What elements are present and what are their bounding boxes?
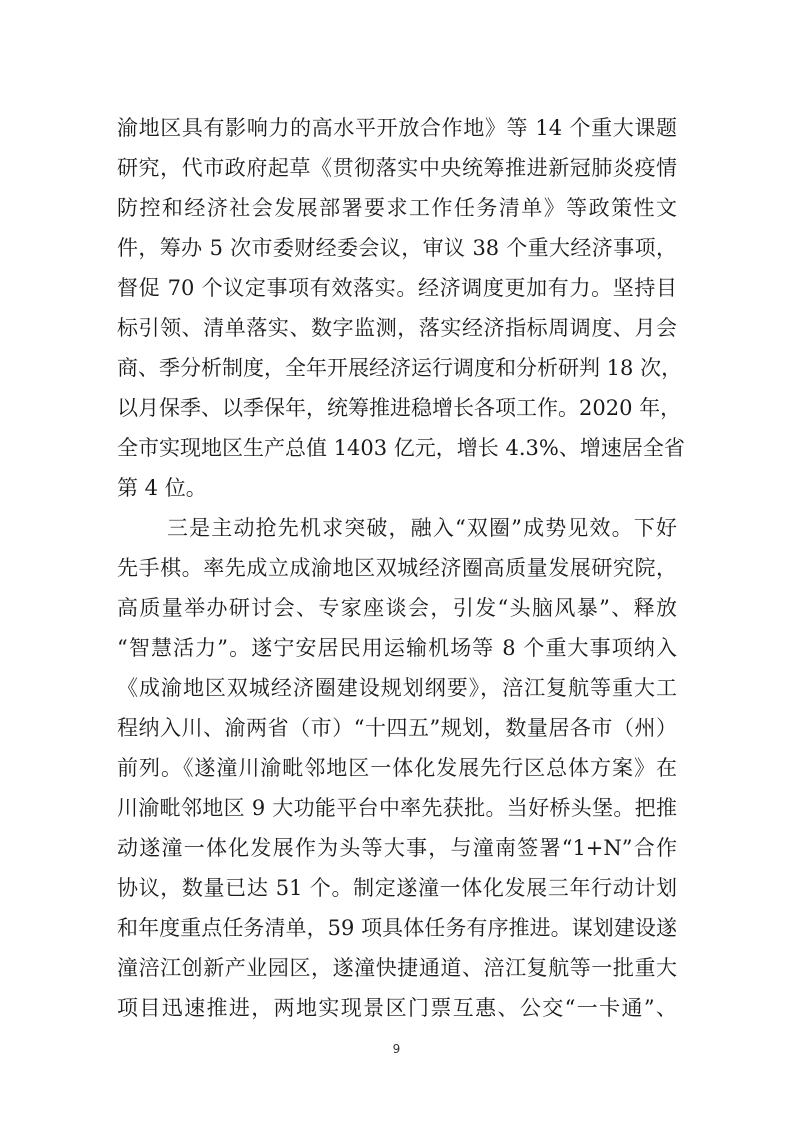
body-text: 渝地区具有影响力的高水平开放合作地》等 14 个重大课题 研究，代市政府起草《贯…: [117, 108, 677, 1028]
text-line: 渝地区具有影响力的高水平开放合作地》等 14 个重大课题: [117, 108, 677, 148]
text-line: 第 4 位。: [117, 468, 677, 508]
text-line: 先手棋。率先成立成渝地区双城经济圈高质量发展研究院，: [117, 548, 677, 588]
text-line: 商、季分析制度，全年开展经济运行调度和分析研判 18 次，: [117, 348, 677, 388]
text-line: 前列。《遂潼川渝毗邻地区一体化发展先行区总体方案》在: [117, 748, 677, 788]
text-line: 以月保季、以季保年，统筹推进稳增长各项工作。2020 年，: [117, 388, 677, 428]
text-line: 高质量举办研讨会、专家座谈会，引发“头脑风暴”、释放: [117, 588, 677, 628]
document-page: 渝地区具有影响力的高水平开放合作地》等 14 个重大课题 研究，代市政府起草《贯…: [0, 0, 793, 1122]
text-line: 研究，代市政府起草《贯彻落实中央统筹推进新冠肺炎疫情: [117, 148, 677, 188]
text-line: 协议，数量已达 51 个。制定遂潼一体化发展三年行动计划: [117, 868, 677, 908]
text-line: 督促 70 个议定事项有效落实。经济调度更加有力。坚持目: [117, 268, 677, 308]
page-number: 9: [0, 1042, 793, 1056]
text-line: 件，筹办 5 次市委财经委会议，审议 38 个重大经济事项，: [117, 228, 677, 268]
text-line: 《成渝地区双城经济圈建设规划纲要》，涪江复航等重大工: [117, 668, 677, 708]
text-line: 标引领、清单落实、数字监测，落实经济指标周调度、月会: [117, 308, 677, 348]
text-line: 程纳入川、渝两省（市）“十四五”规划，数量居各市（州）: [117, 708, 677, 748]
text-line: 全市实现地区生产总值 1403 亿元，增长 4.3%、增速居全省: [117, 428, 677, 468]
text-line: 动遂潼一体化发展作为头等大事，与潼南签署“1+N”合作: [117, 828, 677, 868]
text-line: 和年度重点任务清单，59 项具体任务有序推进。谋划建设遂: [117, 908, 677, 948]
text-line: 防控和经济社会发展部署要求工作任务清单》等政策性文: [117, 188, 677, 228]
text-line: 川渝毗邻地区 9 大功能平台中率先获批。当好桥头堡。把推: [117, 788, 677, 828]
text-line: 潼涪江创新产业园区，遂潼快捷通道、涪江复航等一批重大: [117, 948, 677, 988]
text-line: “智慧活力”。遂宁安居民用运输机场等 8 个重大事项纳入: [117, 628, 677, 668]
text-line: 项目迅速推进，两地实现景区门票互惠、公交“一卡通”、: [117, 988, 677, 1028]
paragraph-first-line: 三是主动抢先机求突破，融入“双圈”成势见效。下好: [117, 508, 677, 548]
